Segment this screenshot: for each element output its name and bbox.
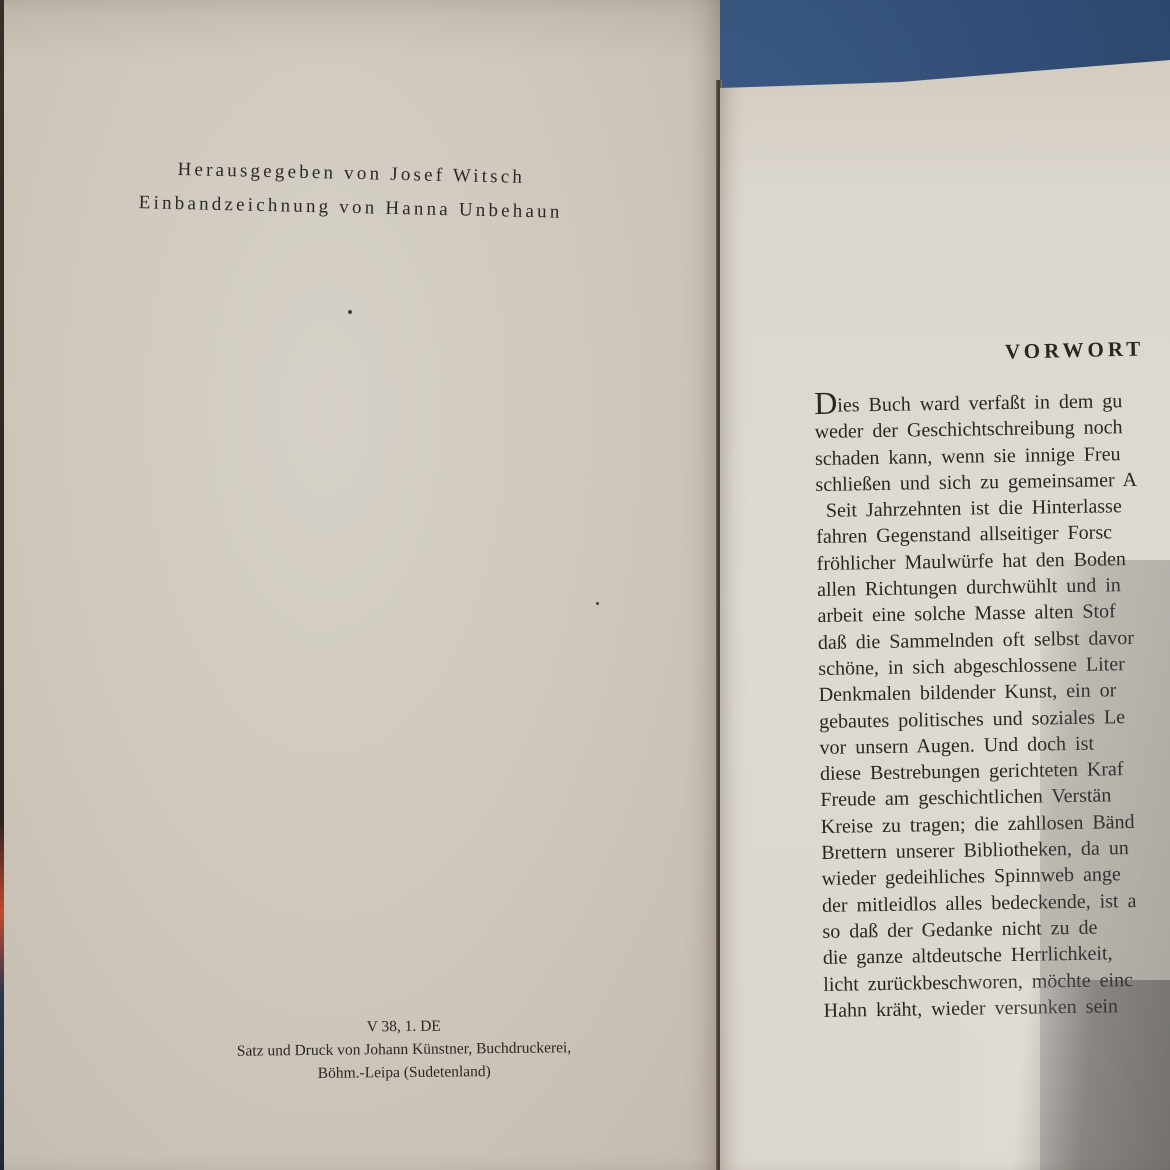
imprint-printer: Satz und Druck von Johann Künstner, Buch… [174,1036,634,1064]
book-spread-photo: Herausgegeben von Josef Witsch Einbandze… [0,0,1170,1170]
cover-design-credit: Einbandzeichnung von Hanna Unbehaun [139,192,563,224]
text-line: Hahn kräht, wieder versunken sein [824,991,1170,1024]
editor-credit: Herausgegeben von Josef Witsch [177,159,525,189]
paper-speck [348,310,352,314]
paper-speck [596,602,599,605]
text-line: der mitleidlos alles bedeckende, ist a [822,886,1170,919]
drop-cap: D [814,385,838,421]
credits-block: Herausgegeben von Josef Witsch Einbandze… [134,150,694,163]
chapter-title: VORWORT [1005,336,1145,364]
left-page: Herausgegeben von Josef Witsch Einbandze… [4,0,720,1170]
foreword-text: Dies Buch ward verfaßt in dem gu weder d… [814,387,1170,1024]
text-line: gebautes politisches und soziales Le [819,702,1170,735]
imprint-place: Böhm.-Leipa (Sudetenland) [174,1059,634,1087]
imprint-block: V 38, 1. DE Satz und Druck von Johann Kü… [174,1013,635,1087]
